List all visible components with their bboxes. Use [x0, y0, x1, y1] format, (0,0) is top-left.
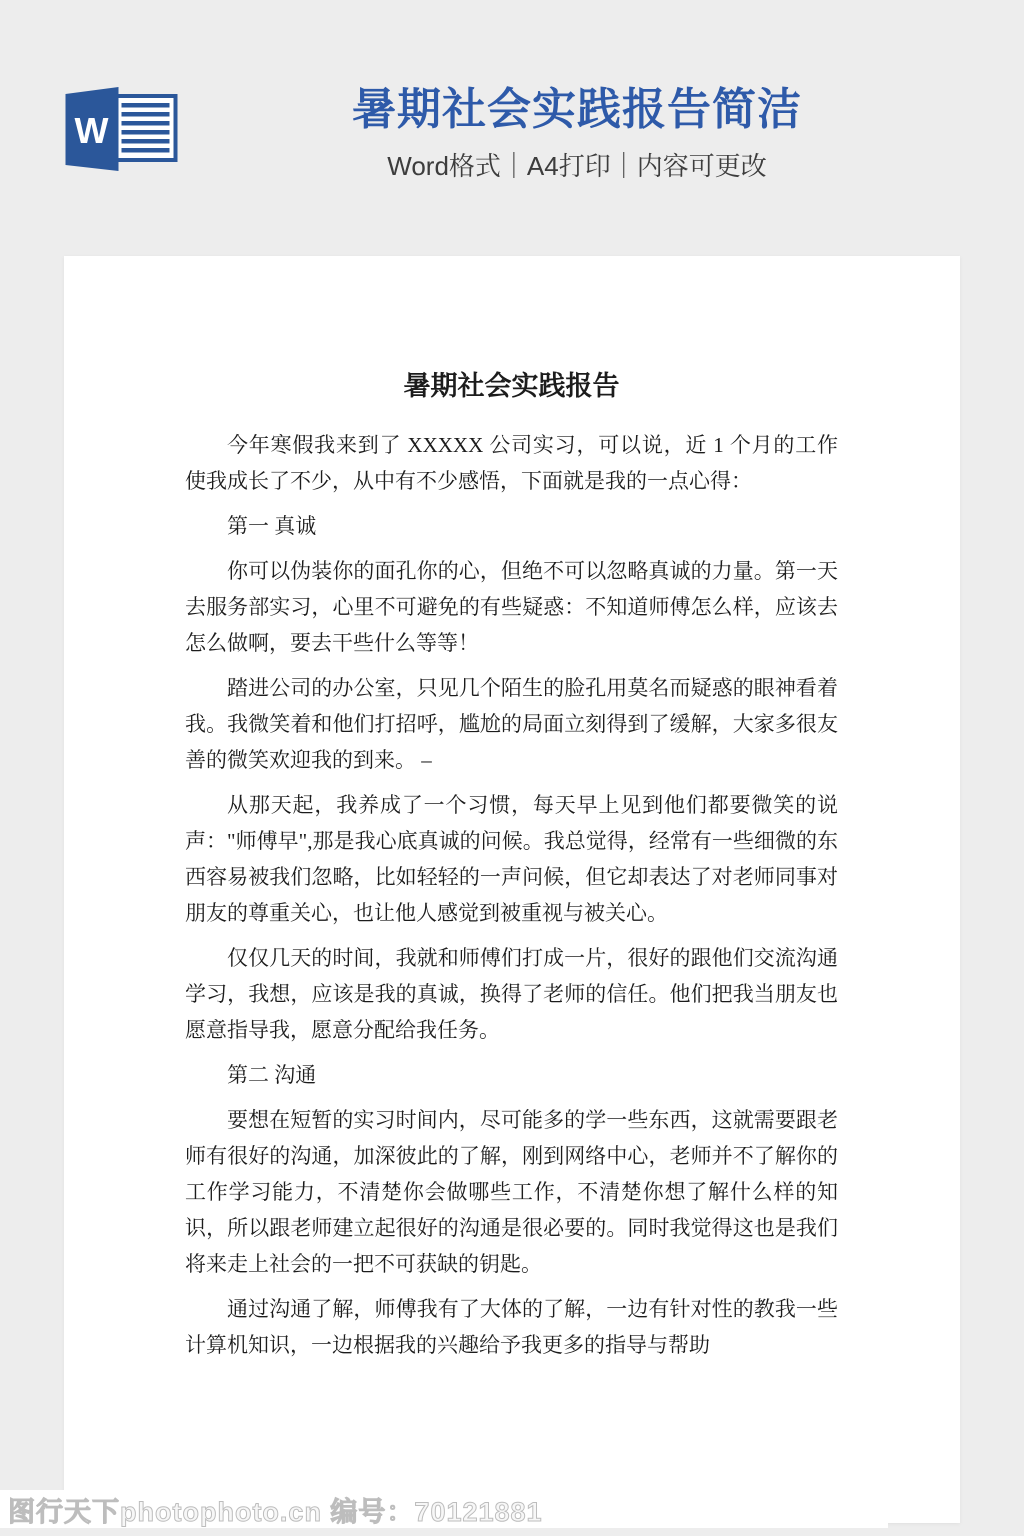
page-title: 暑期社会实践报告简洁: [130, 84, 1024, 136]
document-page: 暑期社会实践报告 今年寒假我来到了 XXXXX 公司实习，可以说，近 1 个月的…: [64, 256, 960, 1523]
watermark-text: 图行天下photophoto.cn 编号：70121881: [0, 1490, 543, 1529]
paragraph: 今年寒假我来到了 XXXXX 公司实习，可以说，近 1 个月的工作使我成长了不少…: [185, 427, 838, 499]
paragraph: 你可以伪装你的面孔你的心，但绝不可以忽略真诚的力量。第一天去服务部实习，心里不可…: [185, 553, 838, 661]
header-text-block: 暑期社会实践报告简洁 Word格式｜A4打印｜内容可更改: [130, 84, 1024, 182]
paragraph-heading: 第一 真诚: [185, 508, 838, 544]
paragraph: 通过沟通了解，师傅我有了大体的了解，一边有针对性的教我一些计算机知识，一边根据我…: [185, 1291, 838, 1363]
paragraph: 踏进公司的办公室，只见几个陌生的脸孔用莫名而疑惑的眼神看着我。我微笑着和他们打招…: [185, 670, 838, 778]
paragraph: 从那天起，我养成了一个习惯，每天早上见到他们都要微笑的说声："师傅早",那是我心…: [185, 787, 838, 931]
paragraph: 要想在短暂的实习时间内，尽可能多的学一些东西，这就需要跟老师有很好的沟通，加深彼…: [185, 1102, 838, 1282]
document-title: 暑期社会实践报告: [185, 364, 838, 403]
watermark-bar: 图行天下photophoto.cn 编号：70121881: [0, 1490, 888, 1528]
page-background: { "header": { "title": "暑期社会实践报告简洁", "su…: [0, 0, 1024, 1536]
header: W 暑期社会实践报告简洁 Word格式｜A4打印｜内容可更改: [0, 84, 1024, 194]
word-letter: W: [75, 110, 109, 151]
subtitle: Word格式｜A4打印｜内容可更改: [130, 150, 1024, 182]
paragraph: 仅仅几天的时间，我就和师傅们打成一片，很好的跟他们交流沟通学习，我想，应该是我的…: [185, 940, 838, 1048]
paragraph-heading: 第二 沟通: [185, 1057, 838, 1093]
